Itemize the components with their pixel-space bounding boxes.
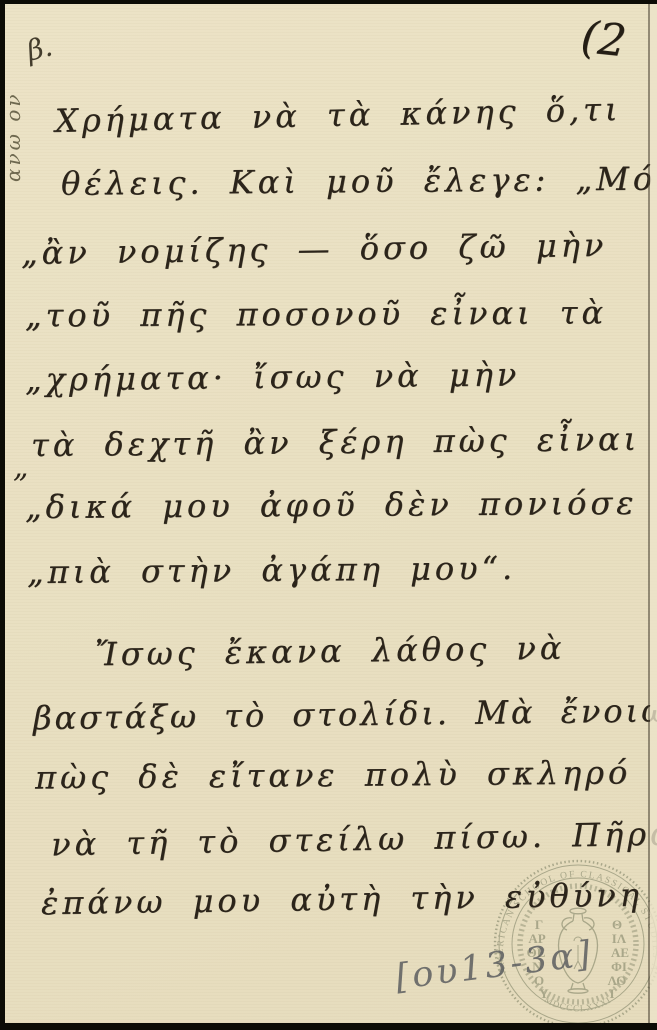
manuscript-line: „πιὰ στὴν ἀγάπη μου“.: [27, 549, 516, 591]
margin-quote-mark: „: [13, 450, 29, 485]
scan-edge-top: [0, 0, 657, 4]
manuscript-line: „τοῦ πῆς ποσονοῦ εἶναι τὰ: [25, 293, 607, 334]
scan-edge-left: [0, 0, 5, 1030]
seal-letter: Γ: [535, 917, 543, 932]
seal-letter: Ι: [609, 986, 614, 1001]
seal-letter: Υ: [539, 986, 549, 1001]
seal-letter: ΦΙ: [611, 959, 627, 974]
manuscript-page: AMERICAN SCHOOL OF CLASSICAL STUDIES AT …: [5, 4, 657, 1023]
monogram-mark: β.: [23, 29, 55, 67]
seal-letter: ΙΛ: [612, 931, 627, 946]
paper-right-edge: [650, 4, 657, 1023]
manuscript-line: πὼς δὲ εἴτανε πολὺ σκληρό: [35, 753, 632, 796]
manuscript-line: „χρήματα· ἴσως νὰ μὴν: [25, 355, 521, 398]
manuscript-line: τὰ δεχτῆ ἂν ξέρη πὼς εἶναι: [31, 420, 640, 464]
page-number: (2: [578, 12, 628, 67]
scan-edge-bottom: [0, 1023, 657, 1030]
manuscript-line: βαστάξω τὸ στολίδι. Μὰ ἔνοιωθα: [33, 691, 657, 737]
manuscript-line: Χρήματα νὰ τὰ κάνης ὅ,τι: [55, 90, 622, 140]
manuscript-line: „δικά μου ἀφοῦ δὲν πονιόσε: [25, 484, 638, 526]
manuscript-line: θέλεις. Καὶ μοῦ ἔλεγε: „Μόνο: [61, 159, 657, 203]
manuscript-line: Ἴσως ἔκανα λάθος νὰ: [95, 629, 566, 674]
seal-letter: Θ: [612, 917, 622, 932]
manuscript-line: „ἂν νομίζης — ὅσο ζῶ μὴν: [21, 226, 608, 272]
seal-letter: ΑΕ: [611, 945, 629, 960]
